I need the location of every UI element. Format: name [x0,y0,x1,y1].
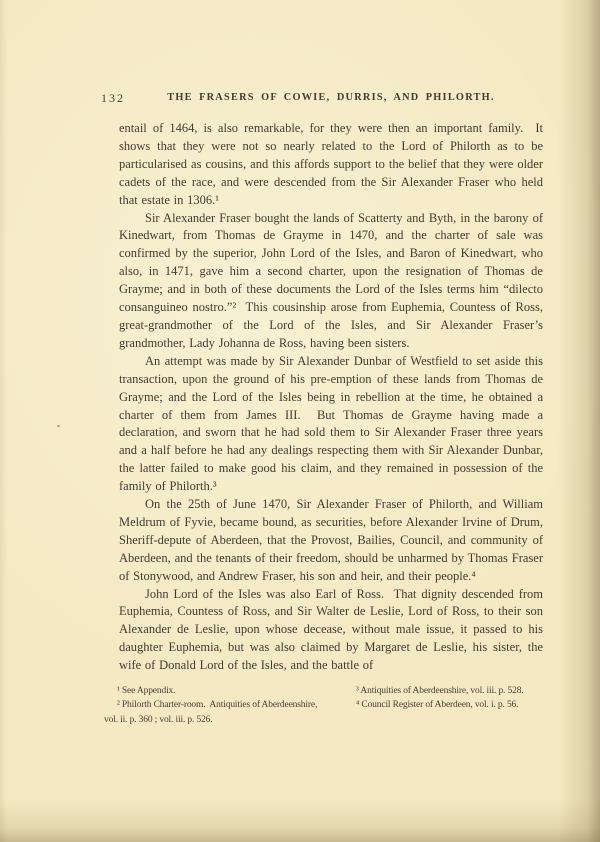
paragraph-entail-1464: entail of 1464, is also remarkable, for … [119,120,543,210]
running-title: THE FRASERS OF COWIE, DURRIS, AND PHILOR… [119,92,543,103]
body-text: entail of 1464, is also remarkable, for … [119,120,543,675]
page-header: 132 THE FRASERS OF COWIE, DURRIS, AND PH… [0,90,600,106]
page-content: 132 THE FRASERS OF COWIE, DURRIS, AND PH… [0,90,600,727]
paragraph-dunbar-attempt: An attempt was made by Sir Alexander Dun… [119,353,543,496]
footnote-2: ² Philorth Charter-room. Antiquities of … [104,698,329,726]
footnotes-right-column: ³ Antiquities of Aberdeenshire, vol. iii… [343,684,543,727]
footnote-4: ⁴ Council Register of Aberdeen, vol. i. … [343,698,543,712]
paragraph-scatterty-purchase: Sir Alexander Fraser bought the lands of… [119,210,543,353]
paragraph-securities-1470: On the 25th of June 1470, Sir Alexander … [119,496,543,586]
footnotes-left-column: ¹ See Appendix. ² Philorth Charter-room.… [104,684,329,727]
footnotes: ¹ See Appendix. ² Philorth Charter-room.… [104,684,543,727]
footnote-3: ³ Antiquities of Aberdeenshire, vol. iii… [343,684,543,698]
paragraph-earl-of-ross: John Lord of the Isles was also Earl of … [119,586,543,676]
footnote-1: ¹ See Appendix. [104,684,329,698]
scanned-book-page: 132 THE FRASERS OF COWIE, DURRIS, AND PH… [0,0,600,842]
